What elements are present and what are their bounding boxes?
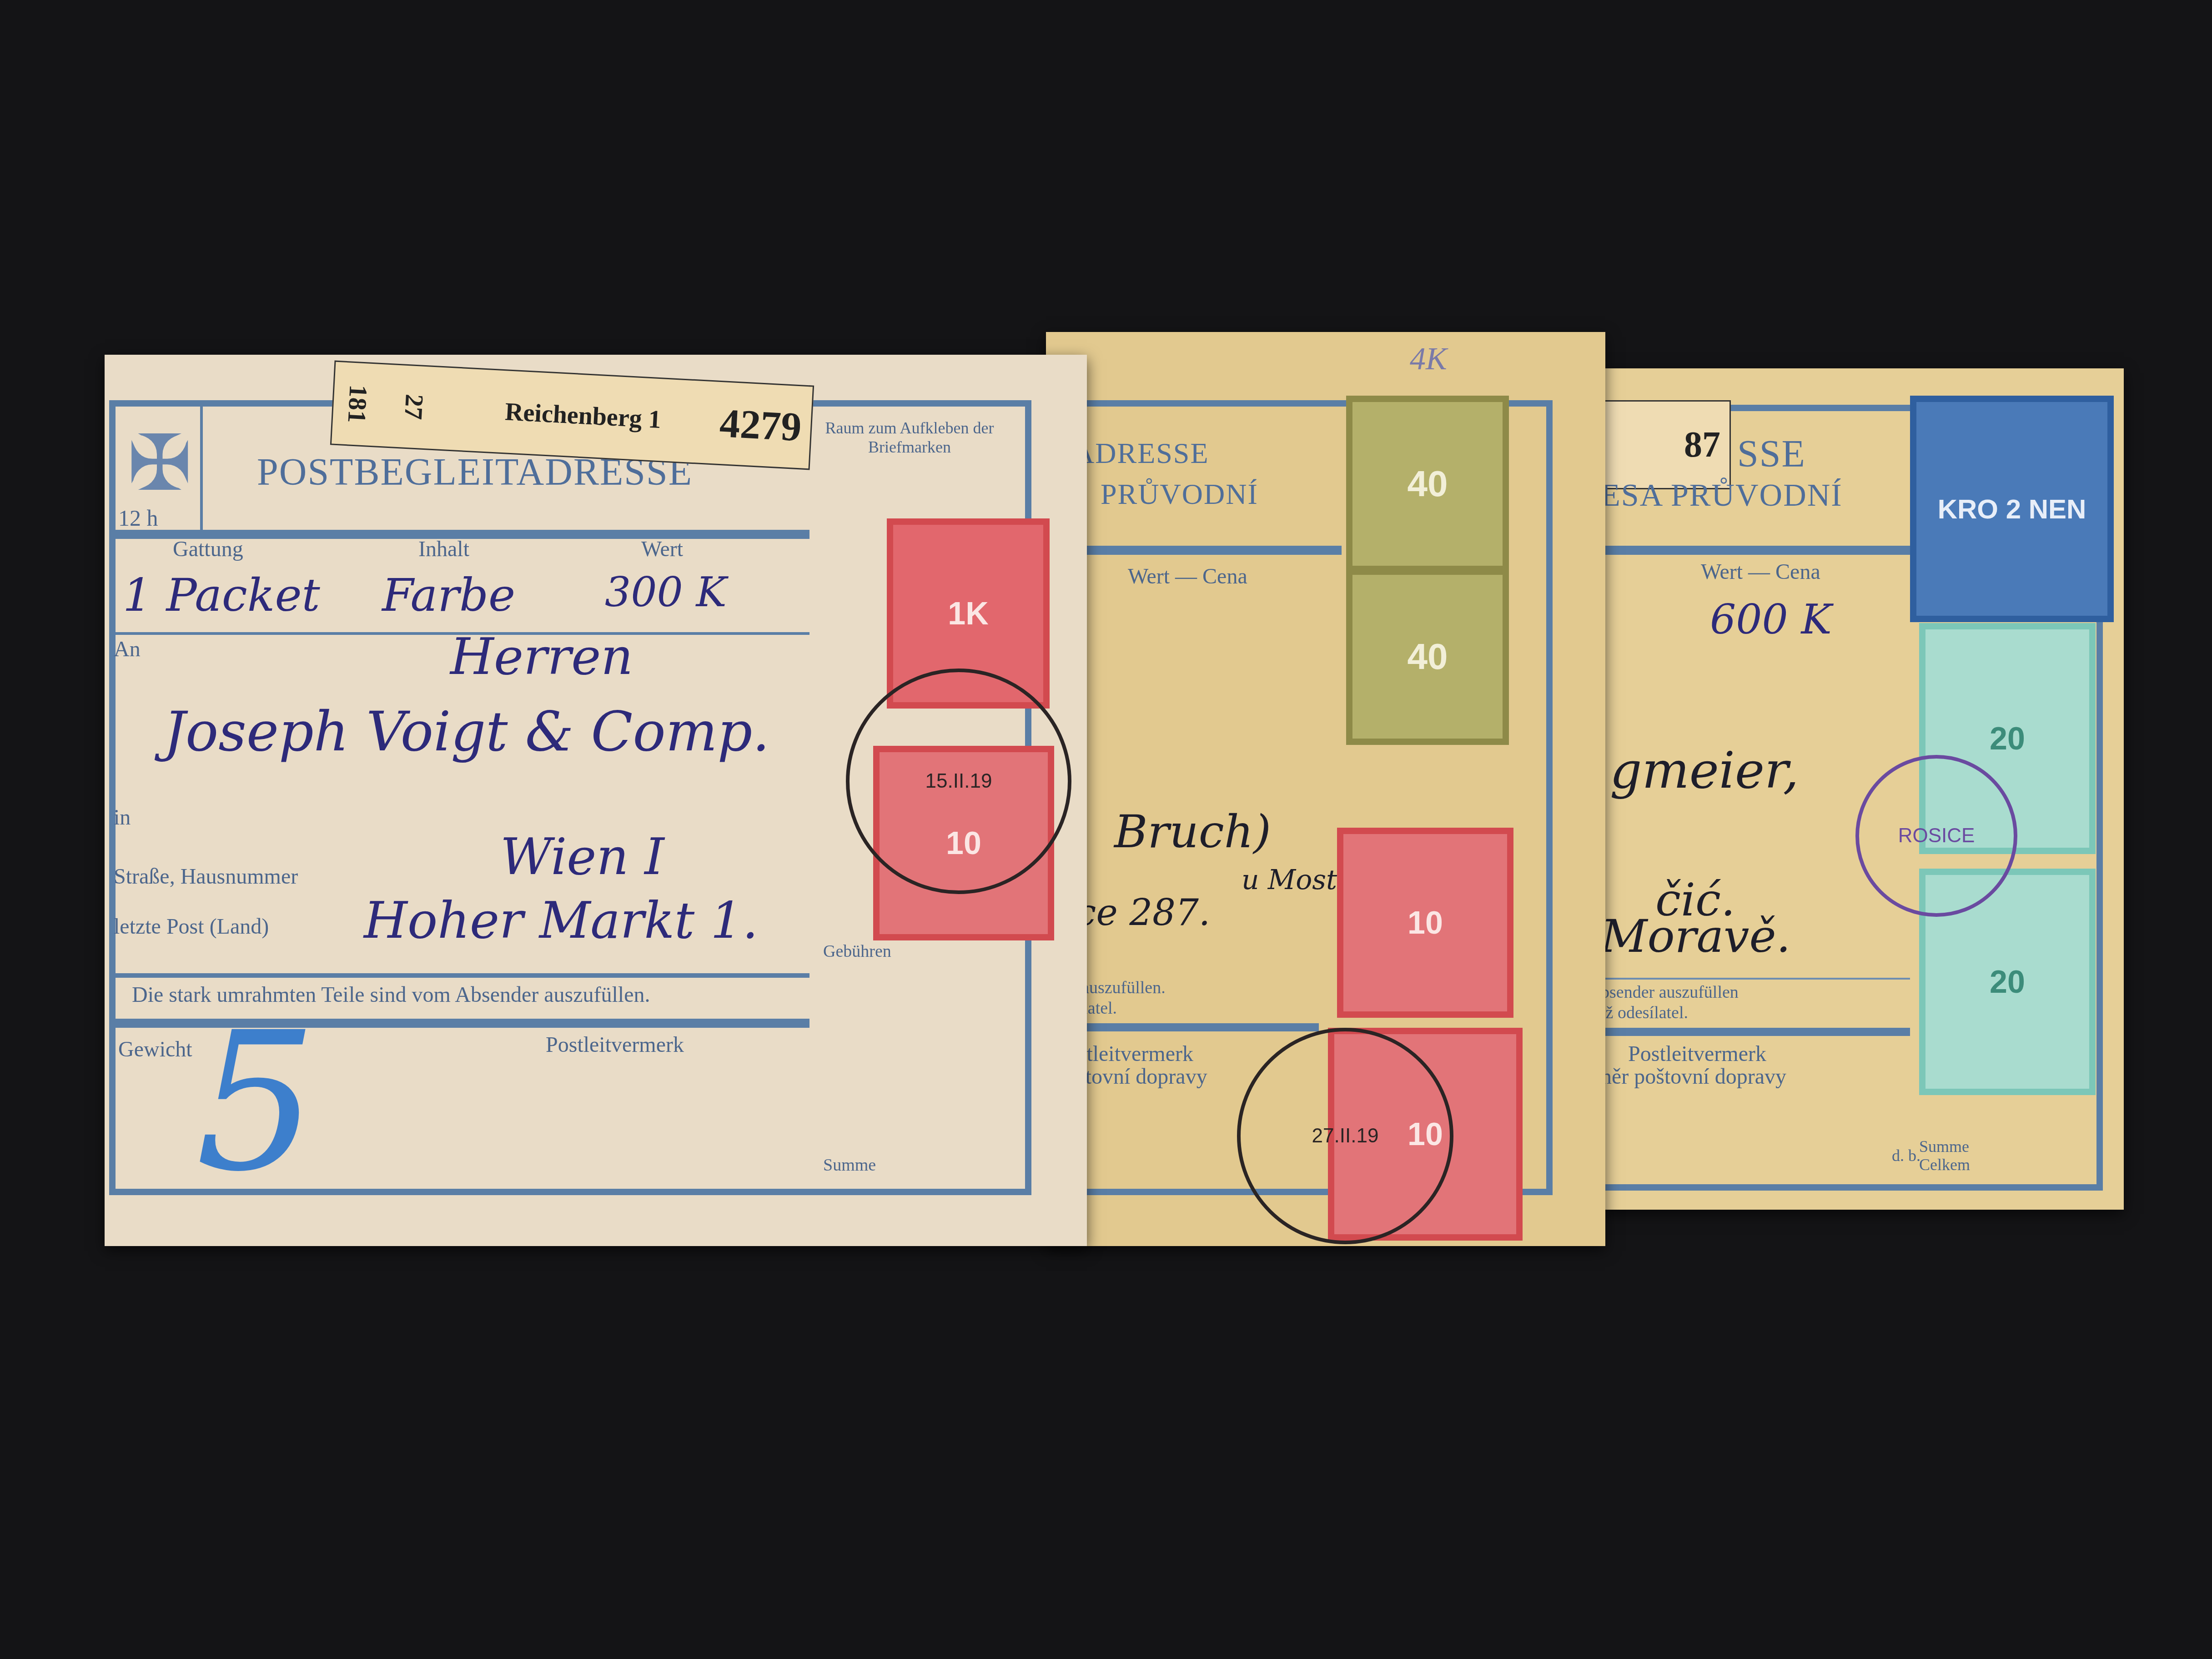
field-letzte-post: letzte Post (Land) bbox=[114, 914, 269, 939]
field-strasse: Straße, Hausnummer bbox=[114, 864, 298, 889]
coat-of-arms-icon: ✠ bbox=[127, 418, 192, 508]
handwritten-value: 600 K bbox=[1710, 596, 1832, 643]
stamp-austria-40h-2: 40 bbox=[1346, 568, 1509, 745]
header-wert: Wert — Cena bbox=[1701, 559, 1820, 584]
field-summe: Summe bbox=[823, 1155, 876, 1175]
stamp-austria-40h-1: 40 bbox=[1346, 396, 1509, 572]
corner-note: 4K bbox=[1410, 341, 1447, 377]
divider bbox=[200, 405, 203, 532]
handwritten-street: Hoher Markt 1. bbox=[364, 891, 758, 950]
postleit-de: Postleitvermerk bbox=[1628, 1041, 1766, 1066]
handwritten-line2: Joseph Voigt & Comp. bbox=[164, 700, 769, 764]
header-wert: Wert — Cena bbox=[1128, 564, 1247, 589]
postmark-horazdovice: 27.II.19 bbox=[1237, 1028, 1453, 1244]
header-gattung: Gattung bbox=[173, 537, 243, 562]
card-title-de: ADRESSE bbox=[1073, 437, 1209, 470]
parcel-card-middle: 4K ADRESSE PRŮVODNÍ Wert — Cena Bruch) u… bbox=[1046, 332, 1605, 1246]
stamp-hradcany-10-1: 10 bbox=[1337, 828, 1513, 1018]
summe-label: Summe bbox=[1919, 1137, 1969, 1156]
card-title-cz: PRŮVODNÍ bbox=[1101, 478, 1258, 511]
stamp-area-label: Raum zum Aufkleben der Briefmarken bbox=[823, 418, 996, 457]
header-inhalt: Inhalt bbox=[418, 537, 469, 562]
postmark-reichenberg: 15.II.19 bbox=[846, 669, 1071, 894]
divider bbox=[1046, 546, 1342, 555]
handwritten-line3: Moravě. bbox=[1601, 910, 1790, 963]
handwritten-line1: Herren bbox=[450, 628, 633, 686]
handwritten-line1: gmeier, bbox=[1610, 741, 1799, 799]
handwritten-gattung: 1 Packet bbox=[123, 568, 320, 622]
celkem-label: Celkem bbox=[1919, 1155, 1970, 1174]
stamp-austria-2-kronen: KRO 2 NEN bbox=[1910, 396, 2114, 622]
label-number: 4279 bbox=[719, 400, 803, 451]
card-title-de: SSE bbox=[1737, 432, 1806, 476]
handwritten-wert: 300 K bbox=[605, 568, 727, 616]
card-title-cz: ESA PRŮVODNÍ bbox=[1601, 478, 1843, 514]
parcel-card-left: ✠ 12 h POSTBEGLEITADRESSE 181 27 Reichen… bbox=[105, 355, 1087, 1246]
label-number: 87 bbox=[1684, 424, 1720, 466]
field-gebuhren: Gebühren bbox=[823, 941, 891, 961]
label-office: Reichenberg 1 bbox=[446, 394, 721, 437]
field-an: An bbox=[114, 637, 141, 662]
line bbox=[1601, 978, 1910, 980]
db-mark: d. b. bbox=[1892, 1146, 1920, 1165]
handwritten-line1: Bruch) bbox=[1114, 805, 1271, 858]
parcel-card-right: 87 SSE ESA PRŮVODNÍ Wert — Cena 600 K gm… bbox=[1601, 368, 2124, 1210]
divider bbox=[1046, 1023, 1319, 1031]
weight-mark: 5 bbox=[196, 991, 317, 1214]
header-wert: Wert bbox=[641, 537, 683, 562]
postmark-rosice: ROSICE bbox=[1855, 755, 2017, 917]
divider bbox=[1601, 1028, 1910, 1036]
postleit-cz: něr poštovní dopravy bbox=[1601, 1064, 1786, 1089]
field-postleit: Postleitvermerk bbox=[546, 1032, 684, 1057]
handwritten-city: Wien I bbox=[500, 828, 664, 886]
label-side-b: 27 bbox=[398, 393, 429, 420]
note-cz: iž odesílatel. bbox=[1601, 1003, 1688, 1023]
divider bbox=[1601, 546, 1919, 555]
field-in: in bbox=[114, 805, 131, 830]
label-side-a: 181 bbox=[342, 384, 372, 424]
denomination: 12 h bbox=[118, 505, 158, 531]
divider bbox=[109, 973, 809, 978]
field-gewicht: Gewicht bbox=[118, 1037, 192, 1062]
registration-label: 87 bbox=[1601, 400, 1731, 489]
handwritten-inhalt: Farbe bbox=[382, 568, 515, 622]
note-de: bsender auszufüllen bbox=[1601, 982, 1739, 1002]
